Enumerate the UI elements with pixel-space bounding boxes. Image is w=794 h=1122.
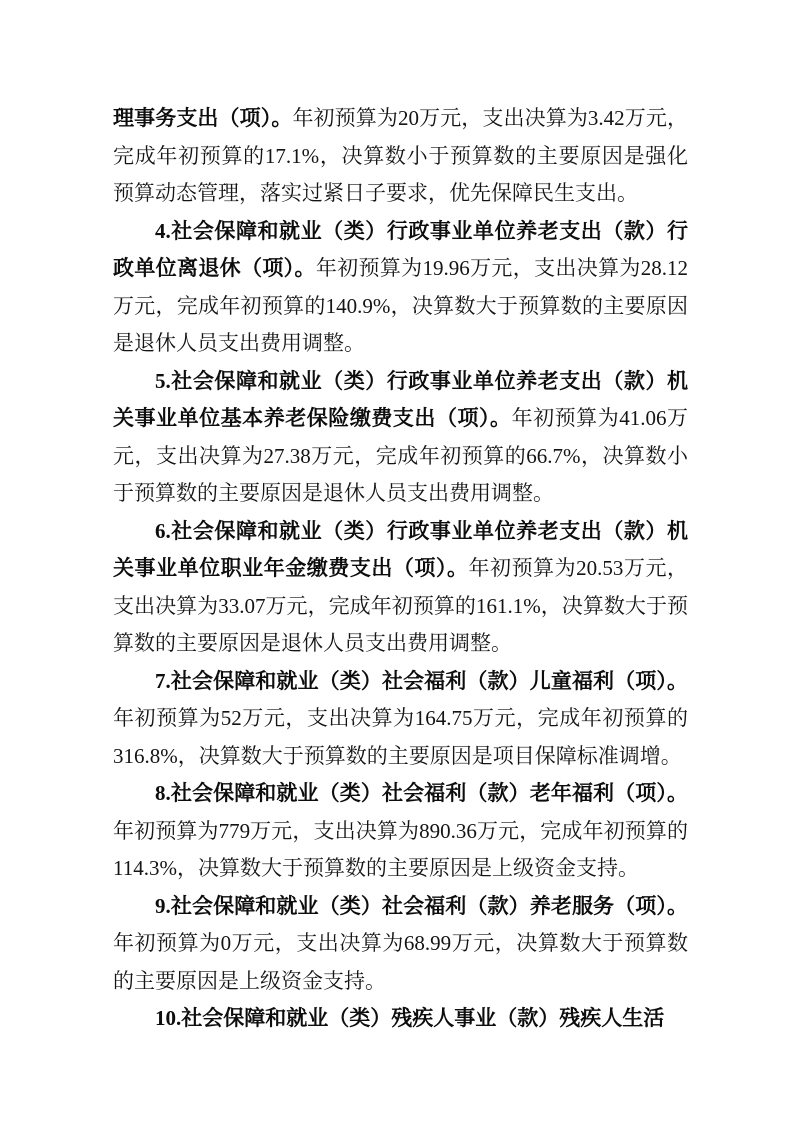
item-detail: 年初预算为779万元，支出决算为890.36万元，完成年初预算的114.3%，决…: [113, 819, 688, 881]
paragraph-4-admin-retirement: 4.社会保障和就业（类）行政事业单位养老支出（款）行政单位离退休（项）。年初预算…: [113, 213, 688, 363]
paragraph-10-disabled-persons: 10.社会保障和就业（类）残疾人事业（款）残疾人生活: [113, 1000, 688, 1038]
document-page: 理事务支出（项）。年初预算为20万元，支出决算为3.42万元，完成年初预算的17…: [0, 0, 794, 1122]
paragraph-6-occupational-annuity: 6.社会保障和就业（类）行政事业单位养老支出（款）机关事业单位职业年金缴费支出（…: [113, 513, 688, 663]
item-heading: 8.社会保障和就业（类）社会福利（款）老年福利（项）。: [155, 781, 688, 805]
paragraph-admin-affairs-expense: 理事务支出（项）。年初预算为20万元，支出决算为3.42万元，完成年初预算的17…: [113, 100, 688, 213]
document-text-block: 理事务支出（项）。年初预算为20万元，支出决算为3.42万元，完成年初预算的17…: [113, 0, 688, 1038]
item-detail: 年初预算为0万元，支出决算为68.99万元，决算数大于预算数的主要原因是上级资金…: [113, 931, 688, 993]
item-detail: 年初预算为52万元，支出决算为164.75万元，完成年初预算的316.8%，决算…: [113, 706, 688, 768]
item-heading: 理事务支出（项）。: [113, 106, 292, 130]
item-heading: 9.社会保障和就业（类）社会福利（款）养老服务（项）。: [155, 894, 688, 918]
paragraph-5-basic-pension-contribution: 5.社会保障和就业（类）行政事业单位养老支出（款）机关事业单位基本养老保险缴费支…: [113, 363, 688, 513]
item-heading: 7.社会保障和就业（类）社会福利（款）儿童福利（项）。: [155, 669, 688, 693]
item-heading: 10.社会保障和就业（类）残疾人事业（款）残疾人生活: [155, 1006, 664, 1030]
paragraph-9-elderly-service: 9.社会保障和就业（类）社会福利（款）养老服务（项）。年初预算为0万元，支出决算…: [113, 888, 688, 1001]
paragraph-7-child-welfare: 7.社会保障和就业（类）社会福利（款）儿童福利（项）。年初预算为52万元，支出决…: [113, 663, 688, 776]
paragraph-8-elderly-welfare: 8.社会保障和就业（类）社会福利（款）老年福利（项）。年初预算为779万元，支出…: [113, 775, 688, 888]
